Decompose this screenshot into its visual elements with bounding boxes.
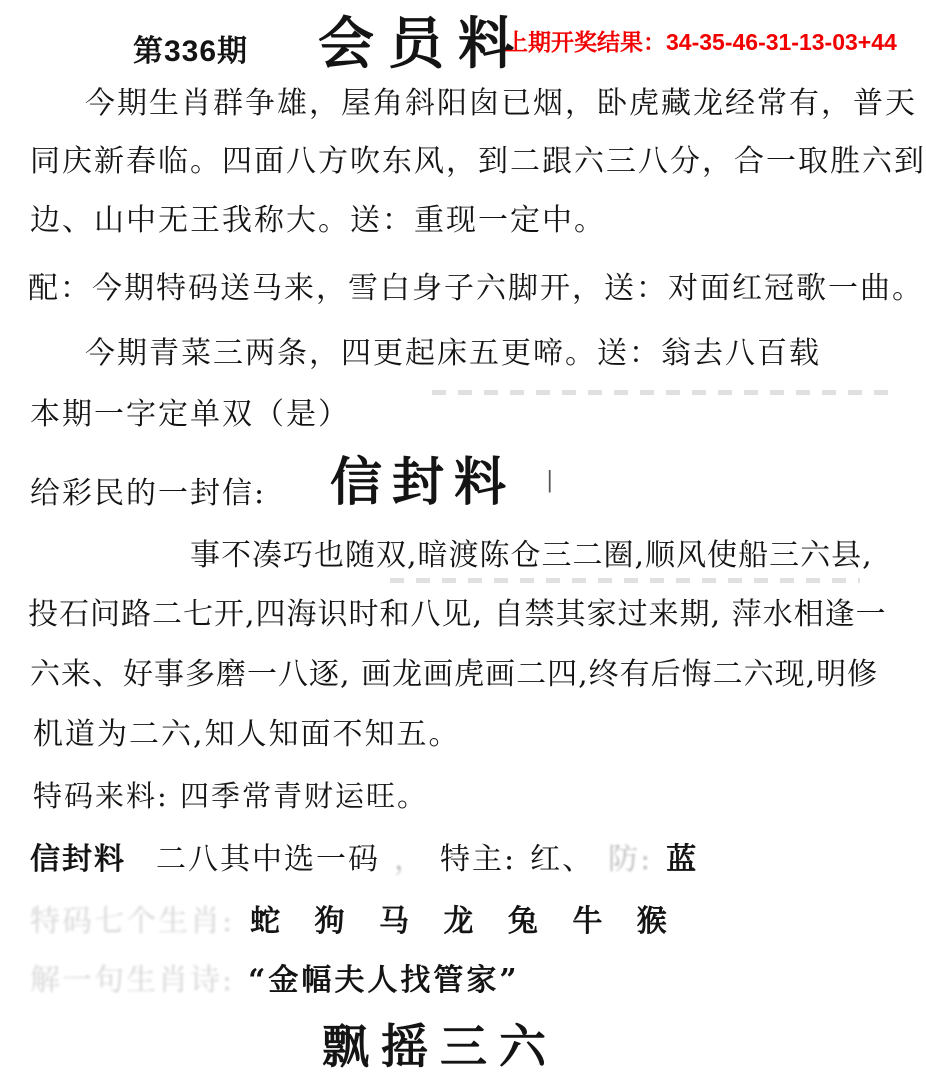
zodiac-animals: 蛇 狗 马 龙 兔 牛 猴 (250, 904, 679, 939)
xinfeng-blue: 蓝 (666, 842, 698, 877)
qingcai-line: 今期青菜三两条，四更起床五更啼。送：翁去八百载 (85, 336, 821, 372)
zodiac-prefix-faded: 特码七个生肖: (30, 904, 234, 939)
poem1-line3: 边、山中无王我称大。送：重现一定中。 (30, 203, 606, 239)
zodiac-line: 特码七个生肖:蛇 狗 马 龙 兔 牛 猴 (30, 904, 679, 940)
stray-tick-mark: | (546, 468, 553, 493)
letter-section-title: 信封料 (330, 440, 516, 515)
danshuang-line: 本期一字定单双（是） (30, 397, 350, 433)
xinfeng-label: 信封料 (30, 842, 126, 877)
issue-number: 第336期 (133, 26, 248, 70)
scanned-tip-sheet: 第336期 会员料 上期开奖结果：34-35-46-31-13-03+44 今期… (0, 0, 926, 1086)
xinfeng-red: 红、 (530, 842, 594, 877)
verse-prefix-faded: 解一句生肖诗: (30, 963, 234, 998)
poem1-line2: 同庆新春临。四面八方吹东风，到二跟六三八分，合一取胜六到 (30, 144, 926, 180)
poem2-line4: 机道为二六,知人知面不知五。 (33, 717, 461, 753)
tema-line: 特码来料: 四季常青财运旺。 (33, 779, 428, 814)
poem2-line2: 投石问路二七开,四海识时和八见, 自禁其家过来期, 萍水相逢一 (28, 597, 887, 633)
pei-line: 配：今期特码送马来，雪白身子六脚开，送：对面红冠歌一曲。 (28, 271, 924, 307)
xinfeng-pick: 二八其中选一码 (156, 842, 380, 877)
scan-smudge (390, 578, 860, 583)
xinfeng-fang: 防: (608, 842, 652, 877)
xinfeng-pick-line: 信封料二八其中选一码，特主:红、防:蓝 (30, 842, 698, 878)
xinfeng-te-main: 特主: (440, 842, 516, 877)
xinfeng-comma: ， (394, 842, 426, 877)
verse-quote: “金幅夫人找管家” (248, 963, 520, 998)
verse-line: 解一句生肖诗:“金幅夫人找管家” (30, 963, 520, 999)
footer-phrase: 飘摇三六 (322, 1010, 558, 1077)
letter-intro: 给彩民的一封信: (30, 468, 266, 512)
poem1-line1: 今期生肖群争雄，屋角斜阳囱已烟，卧虎藏龙经常有，普天 (85, 86, 917, 122)
page-title: 会员料 (318, 0, 528, 80)
scan-smudge (432, 390, 900, 395)
last-draw-result: 上期开奖结果：34-35-46-31-13-03+44 (505, 24, 897, 57)
poem2-line3: 六来、好事多磨一八逐, 画龙画虎画二四,终有后悔二六现,明修 (30, 657, 878, 693)
poem2-line1: 事不凑巧也随双,暗渡陈仓三二圈,顺风使船三六县, (190, 538, 873, 574)
